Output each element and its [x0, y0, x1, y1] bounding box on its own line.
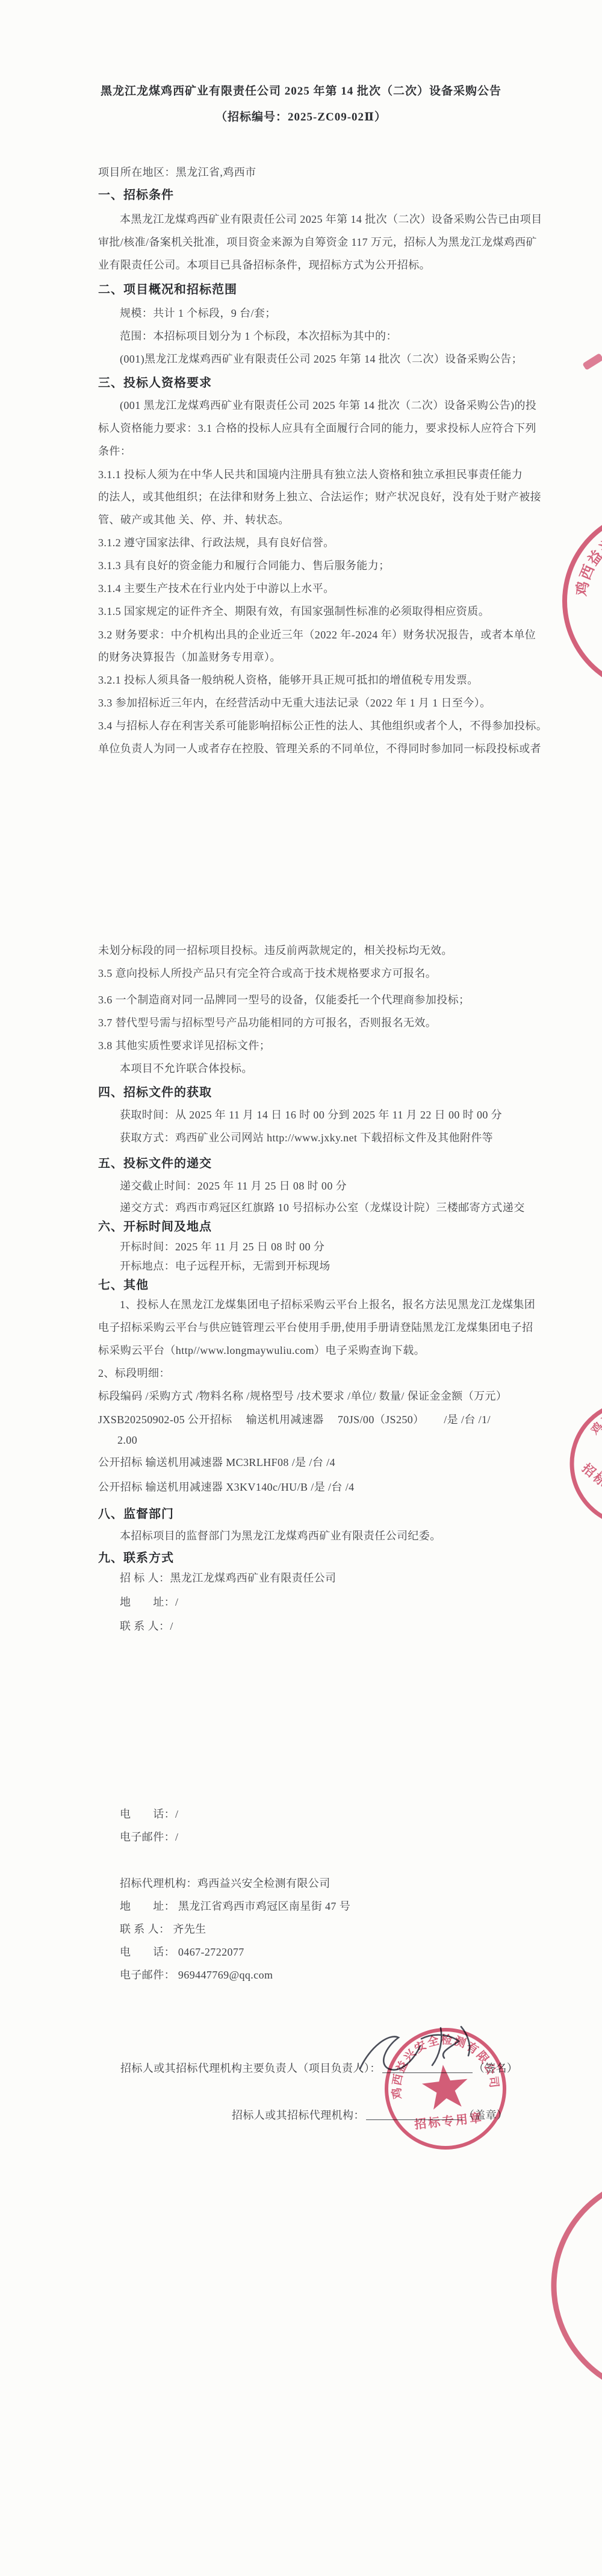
doc-line: 业有限责任公司。本项目已具备招标条件，现招标方式为公开招标。: [98, 257, 430, 272]
doc-line: 本项目不允许联合体投标。: [120, 1060, 253, 1076]
doc-line: 项目所在地区：黑龙江省,鸡西市: [98, 164, 256, 179]
doc-line: 3.6 一个制造商对同一品牌同一型号的设备，仅能委托一个代理商参加投标；: [98, 991, 470, 1007]
tender-number: （招标编号：2025-ZC09-02Ⅱ）: [0, 108, 602, 124]
doc-line: JXSB20250902-05 公开招标 输送机用减速器 70JS/00（JS2…: [98, 1411, 491, 1427]
doc-line: 开标时间：2025 年 11 月 25 日 08 时 00 分: [120, 1238, 324, 1254]
svg-text:鸡西益兴安全检测有限公司: 鸡西益兴安全检测有限公司: [587, 1394, 602, 1503]
doc-line: 3.1.1 投标人须为在中华人民共和国境内注册具有独立法人资格和独立承担民事责任…: [98, 466, 523, 482]
doc-line: 本招标项目的监督部门为黑龙江龙煤鸡西矿业有限责任公司纪委。: [120, 1527, 441, 1543]
doc-line: 的法人，或其他组织；在法律和财务上独立、合法运作；财产状况良好，没有处于财产被接: [98, 488, 541, 504]
doc-line: 招 标 人：黑龙江龙煤鸡西矿业有限责任公司: [120, 1570, 336, 1585]
doc-line: 条件：: [98, 443, 131, 458]
doc-line: 3.2 财务要求：中介机构出具的企业近三年（2022 年-2024 年）财务状况…: [98, 626, 536, 642]
doc-line: 3.4 与招标人存在利害关系可能影响招标公正性的法人、其他组织或者个人，不得参加…: [98, 717, 547, 733]
doc-line: 地 址：/: [120, 1594, 178, 1609]
section-heading: 七、其他: [98, 1275, 149, 1293]
doc-line: 公开招标 输送机用减速器 X3KV140c/HU/B /是 /台 /4: [98, 1479, 355, 1494]
doc-line: 开标地点：电子远程开标，无需到开标现场: [120, 1258, 330, 1273]
doc-line: 2、标段明细：: [98, 1365, 170, 1380]
section-heading: 四、招标文件的获取: [98, 1082, 212, 1100]
doc-line: 获取方式：鸡西矿业公司网站 http://www.jxky.net 下载招标文件…: [120, 1129, 493, 1145]
doc-line: 范围：本招标项目划分为 1 个标段，本次招标为其中的：: [120, 328, 397, 343]
signature-blank-line: [382, 2064, 473, 2073]
section-heading: 九、联系方式: [98, 1548, 174, 1565]
stamp-fragment: [582, 353, 602, 370]
doc-line: 电子招标采购云平台与供应链管理云平台使用手册,使用手册请登陆黑龙江龙煤集团电子招: [98, 1319, 533, 1335]
doc-line: 2.00: [117, 1434, 137, 1447]
doc-line: 3.2.1 投标人须具备一般纳税人资格，能够开具正规可抵扣的增值税专用发票。: [98, 672, 479, 687]
section-heading: 二、项目概况和招标范围: [98, 279, 237, 297]
seal-suffix: （盖章）: [464, 2109, 508, 2121]
doc-line: 3.8 其他实质性要求详见招标文件；: [98, 1037, 270, 1053]
section-heading: 六、开标时间及地点: [98, 1217, 212, 1234]
doc-line: 未划分标段的同一招标项目投标。违反前两款规定的，相关投标均无效。: [98, 942, 453, 958]
doc-line: (001)黑龙江龙煤鸡西矿业有限责任公司 2025 年第 14 批次（二次）设备…: [120, 351, 523, 366]
doc-line: (001 黑龙江龙煤鸡西矿业有限责任公司 2025 年第 14 批次（二次）设备…: [120, 397, 536, 413]
doc-line: 3.5 意向投标人所投产品只有完全符合或高于技术规格要求方可报名。: [98, 965, 436, 981]
doc-line: 公开招标 输送机用减速器 MC3RLHF08 /是 /台 /4: [98, 1454, 335, 1470]
signature-suffix: （签名）: [474, 2062, 518, 2074]
seal-signature: 鸡西益兴安全检测有限公司招标专用章: [378, 2021, 513, 2156]
seal-edge-bottom: 鸡西益兴安全检测有限公司: [545, 2168, 602, 2404]
svg-text:鸡西益兴安全检测有限公司: 鸡西益兴安全检测有限公司: [565, 508, 602, 600]
page-title: 黑龙江龙煤鸡西矿业有限责任公司 2025 年第 14 批次（二次）设备采购公告: [0, 82, 602, 98]
doc-line: 标采购云平台（http//www.longmaywuliu.com）电子采购查询…: [98, 1342, 425, 1358]
doc-line: 管、破产或其他 关、停、并、转状态。: [98, 511, 290, 527]
doc-line: 3.1.5 国家规定的证件齐全、期限有效，有国家强制性标准的必须取得相应资质。: [98, 603, 489, 619]
doc-line: 3.1.2 遵守国家法律、行政法规，具有良好信誉。: [98, 534, 335, 550]
doc-line: 获取时间：从 2025 年 11 月 14 日 16 时 00 分到 2025 …: [120, 1106, 502, 1122]
signature-label: 招标人或其招标代理机构主要负责人（项目负责人）：: [120, 2062, 381, 2074]
doc-line: 地 址： 黑龙江省鸡西市鸡冠区南星街 47 号: [120, 1898, 350, 1913]
section-heading: 三、投标人资格要求: [98, 373, 212, 390]
doc-line: 规模：共计 1 个标段，9 台/套；: [120, 305, 276, 320]
doc-line: 3.7 替代型号需与招标型号产品功能相同的方可报名，否则报名无效。: [98, 1014, 436, 1030]
signature-row-responsible: 招标人或其招标代理机构主要负责人（项目负责人）：（签名）: [120, 2060, 518, 2075]
doc-line: 3.1.3 具有良好的资金能力和履行合同能力、售后服务能力；: [98, 557, 390, 573]
doc-line: 联 系 人： 齐先生: [120, 1921, 206, 1936]
seal-edge-top: 鸡西益兴安全检测有限公司招标专用章: [556, 502, 602, 700]
doc-line: 标段编码 /采购方式 /物料名称 /规格型号 /技术要求 /单位/ 数量/ 保证…: [98, 1388, 507, 1403]
doc-line: 审批/核准/备案机关批准，项目资金来源为自筹资金 117 万元，招标人为黑龙江龙…: [98, 234, 537, 249]
doc-line: 电 话： 0467-2722077: [120, 1944, 244, 1959]
doc-line: 单位负责人为同一人或者存在控股、管理关系的不同单位，不得同时参加同一标段投标或者: [98, 740, 541, 756]
doc-line: 招标代理机构：鸡西益兴安全检测有限公司: [120, 1875, 330, 1891]
signature-row-agency: 招标人或其招标代理机构：（盖章）: [232, 2107, 507, 2122]
seal-blank-line: [366, 2111, 462, 2120]
doc-line: 联 系 人：/: [120, 1618, 173, 1633]
doc-line: 电 话：/: [120, 1806, 178, 1821]
doc-line: 本黑龙江龙煤鸡西矿业有限责任公司 2025 年第 14 批次（二次）设备采购公告…: [120, 211, 542, 226]
doc-line: 3.1.4 主要生产技术在行业内处于中游以上水平。: [98, 580, 335, 596]
section-heading: 五、投标文件的递交: [98, 1153, 212, 1171]
scanned-tender-notice-page: 黑龙江龙煤鸡西矿业有限责任公司 2025 年第 14 批次（二次）设备采购公告 …: [0, 0, 602, 2576]
doc-line: 的财务决算报告（加盖财务专用章）。: [98, 649, 281, 664]
doc-line: 标人资格能力要求：3.1 合格的投标人应具有全面履行合同的能力，要求投标人应符合…: [98, 420, 536, 435]
doc-line: 1、投标人在黑龙江龙煤集团电子招标采购云平台上报名，报名方法见黑龙江龙煤集团: [120, 1296, 535, 1312]
section-heading: 一、招标条件: [98, 185, 174, 202]
svg-text:招标专用章: 招标专用章: [579, 1461, 602, 1518]
doc-line: 递交方式：鸡西市鸡冠区红旗路 10 号招标办公室（龙煤设计院）三楼邮寄方式递交: [120, 1199, 525, 1215]
section-heading: 八、监督部门: [98, 1504, 174, 1521]
seal-label: 招标人或其招标代理机构：: [232, 2109, 365, 2121]
doc-line: 递交截止时间：2025 年 11 月 25 日 08 时 00 分: [120, 1177, 347, 1193]
doc-line: 电子邮件： 969447769@qq.com: [120, 1966, 273, 1982]
seal-edge-mid: 鸡西益兴安全检测有限公司招标专用章: [563, 1394, 602, 1533]
star-icon: [591, 1417, 602, 1505]
doc-line: 3.3 参加招标近三年内，在经营活动中无重大违法记录（2022 年 1 月 1 …: [98, 694, 491, 710]
doc-line: 电子邮件：/: [120, 1829, 178, 1844]
